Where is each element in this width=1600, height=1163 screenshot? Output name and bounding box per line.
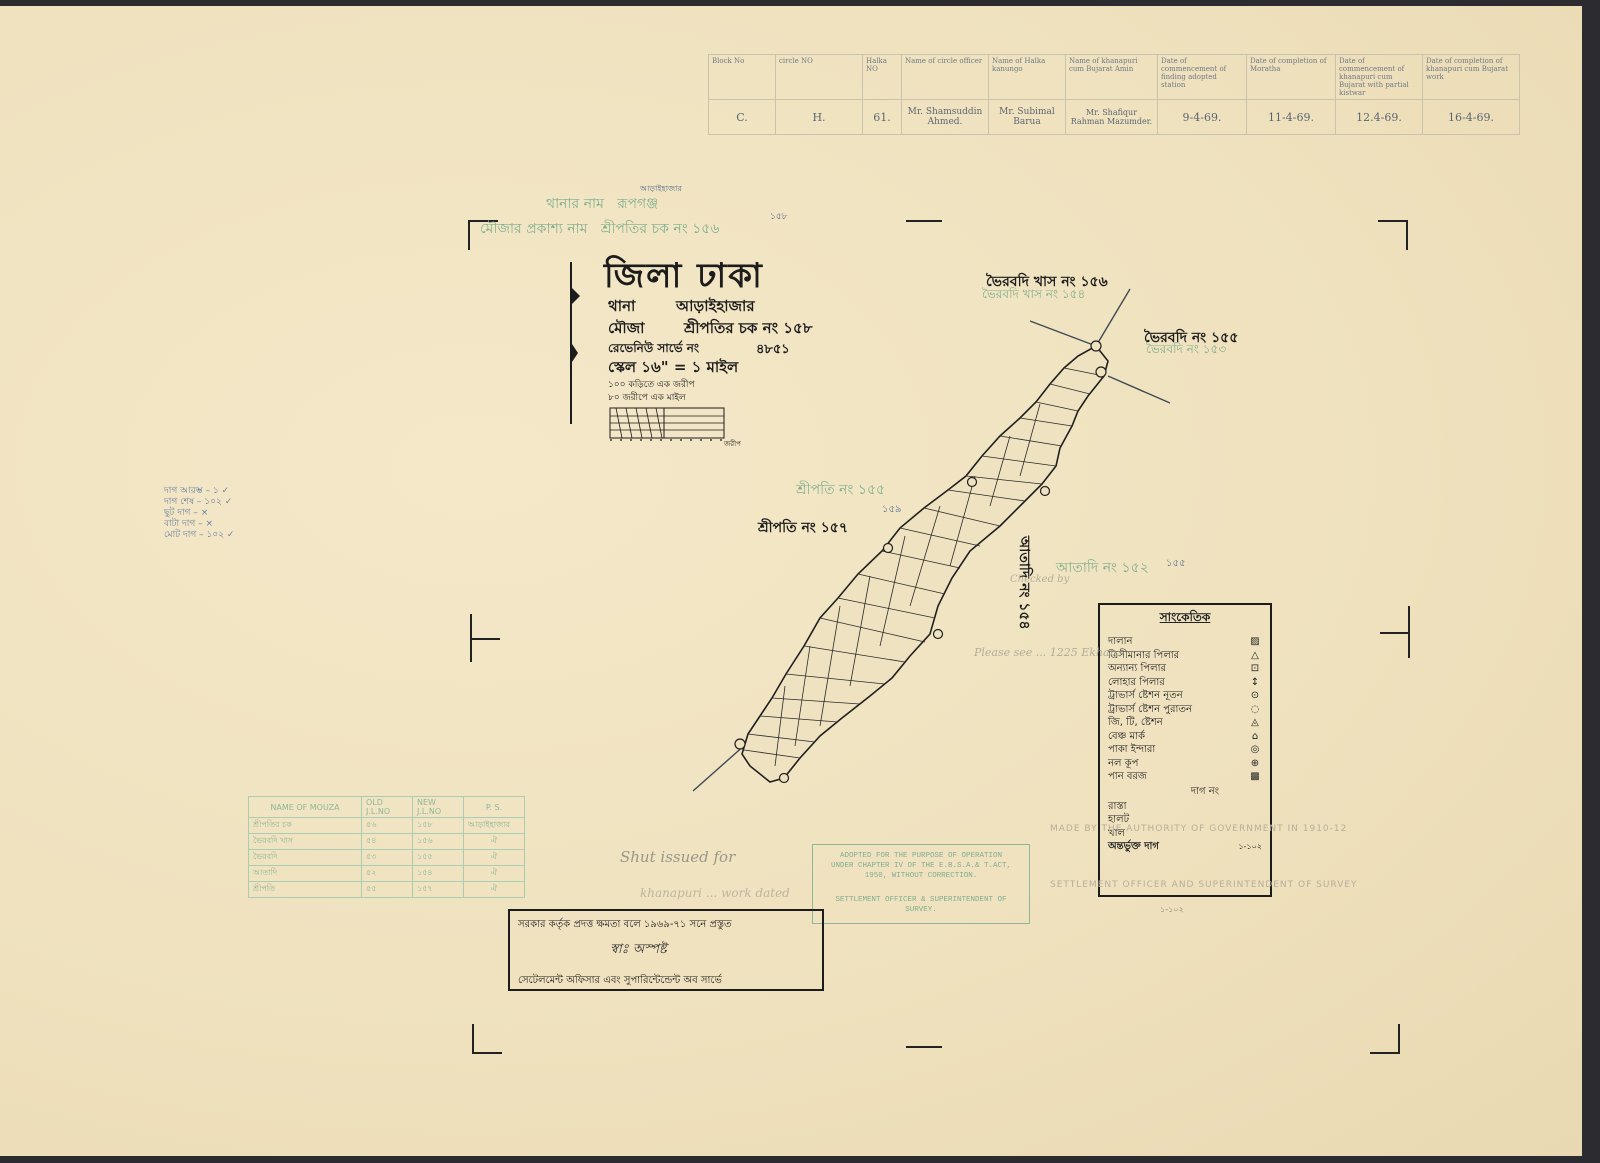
pencil-note-checked: Checked by	[1010, 574, 1069, 585]
legend-item: ট্রাভার্স ষ্টেশন পুরাতন◌	[1100, 703, 1270, 717]
summary-line: বাটা দাগ – ×	[164, 519, 234, 530]
legend-item: ট্রাভার্স ষ্টেশন নূতন⊙	[1100, 689, 1270, 703]
betel-garden-icon: ▩	[1248, 770, 1262, 784]
traverse-station-new-icon: ⊙	[1248, 689, 1262, 703]
tri-junction-pillar-icon: △	[1248, 649, 1262, 663]
legend-item: জি, টি, ষ্টেশন◬	[1100, 716, 1270, 730]
officer-signature: স্বাঃ অস্পষ্ট	[610, 940, 822, 961]
summary-line: দাগ আরম্ভ – ১ ✓	[164, 486, 234, 497]
bench-mark-icon: ⌂	[1248, 730, 1262, 744]
legend-item: বেঞ্চ মার্ক⌂	[1100, 730, 1270, 744]
table-row: আতাদি৫২১৫৪ঐ	[249, 866, 525, 882]
iron-pillar-icon: ↕	[1248, 676, 1262, 690]
made-by-text: MADE BY THE AUTHORITY OF GOVERNMENT IN 1…	[1050, 824, 1347, 834]
officer-designation: সেটেলমেন্ট অফিসার এবং সুপারিন্টেন্ডেন্ট …	[518, 973, 814, 990]
legend-item: পান বরজ▩	[1100, 770, 1270, 784]
legend-title: সাংকেতিক	[1100, 609, 1270, 629]
tube-well-icon: ⊕	[1248, 757, 1262, 771]
pencil-note-shut: Shut issued for	[620, 848, 735, 866]
legend-item: দালান▨	[1100, 635, 1270, 649]
authority-below: ১-১০২	[1160, 904, 1184, 917]
masonry-well-icon: ◎	[1248, 743, 1262, 757]
settlement-officer-text: SETTLEMENT OFFICER AND SUPERINTENDENT OF…	[1050, 880, 1358, 890]
legend-item: পাকা ইন্দারা◎	[1100, 743, 1270, 757]
legend-item: নল কূপ⊕	[1100, 757, 1270, 771]
preparation-box: সরকার কর্তৃক প্রদত্ত ক্ষমতা বলে ১৯৬৯-৭১ …	[508, 909, 824, 991]
preparation-text: সরকার কর্তৃক প্রদত্ত ক্ষমতা বলে ১৯৬৯-৭১ …	[518, 917, 814, 934]
other-pillar-icon: ⊡	[1248, 662, 1262, 676]
summary-line: মোট দাগ – ১০২ ✓	[164, 530, 234, 541]
table-row: শ্রীপতির চক৫৬১৫৮আড়াইহাজার	[249, 818, 525, 834]
mouza-table: NAME OF MOUZA OLD J.L.NO NEW J.L.NO P. S…	[248, 796, 525, 898]
table-header-row: NAME OF MOUZA OLD J.L.NO NEW J.L.NO P. S…	[249, 797, 525, 818]
legend-box: সাংকেতিক দালান▨ ত্রিসীমানার পিলার△ অন্যা…	[1098, 603, 1272, 897]
pencil-note-shut2: khanapuri ... work dated	[640, 886, 790, 900]
gt-station-icon: ◬	[1248, 716, 1262, 730]
building-icon: ▨	[1248, 635, 1262, 649]
adoption-stamp: ADOPTED FOR THE PURPOSE OF OPERATION UND…	[812, 844, 1030, 924]
legend-item: ত্রিসীমানার পিলার△	[1100, 649, 1270, 663]
table-row: ভৈরবদি৫৩১৫৫ঐ	[249, 850, 525, 866]
summary-line: ছুট দাগ – ×	[164, 508, 234, 519]
dag-summary: দাগ আরম্ভ – ১ ✓ দাগ শেষ – ১০২ ✓ ছুট দাগ …	[164, 486, 234, 541]
table-row: ভৈরবদি খাস৫৪১৫৬ঐ	[249, 834, 525, 850]
legend-dag-label: দাগ নং	[1100, 784, 1270, 800]
legend-item: অন্যান্য পিলার⊡	[1100, 662, 1270, 676]
map-sheet: Block No circle NO Halka NO Name of circ…	[0, 6, 1582, 1156]
legend-sheet-range: অন্তর্ভুক্ত দাগ ১-১০২	[1100, 840, 1270, 854]
table-row: শ্রীপতি৫৫১৫৭ঐ	[249, 882, 525, 898]
pencil-note: Please see ... 1225 Ekhan	[974, 646, 1117, 659]
legend-item: লোহার পিলার↕	[1100, 676, 1270, 690]
summary-line: দাগ শেষ – ১০২ ✓	[164, 497, 234, 508]
legend-item-road: রাস্তা	[1100, 800, 1270, 814]
traverse-station-old-icon: ◌	[1248, 703, 1262, 717]
